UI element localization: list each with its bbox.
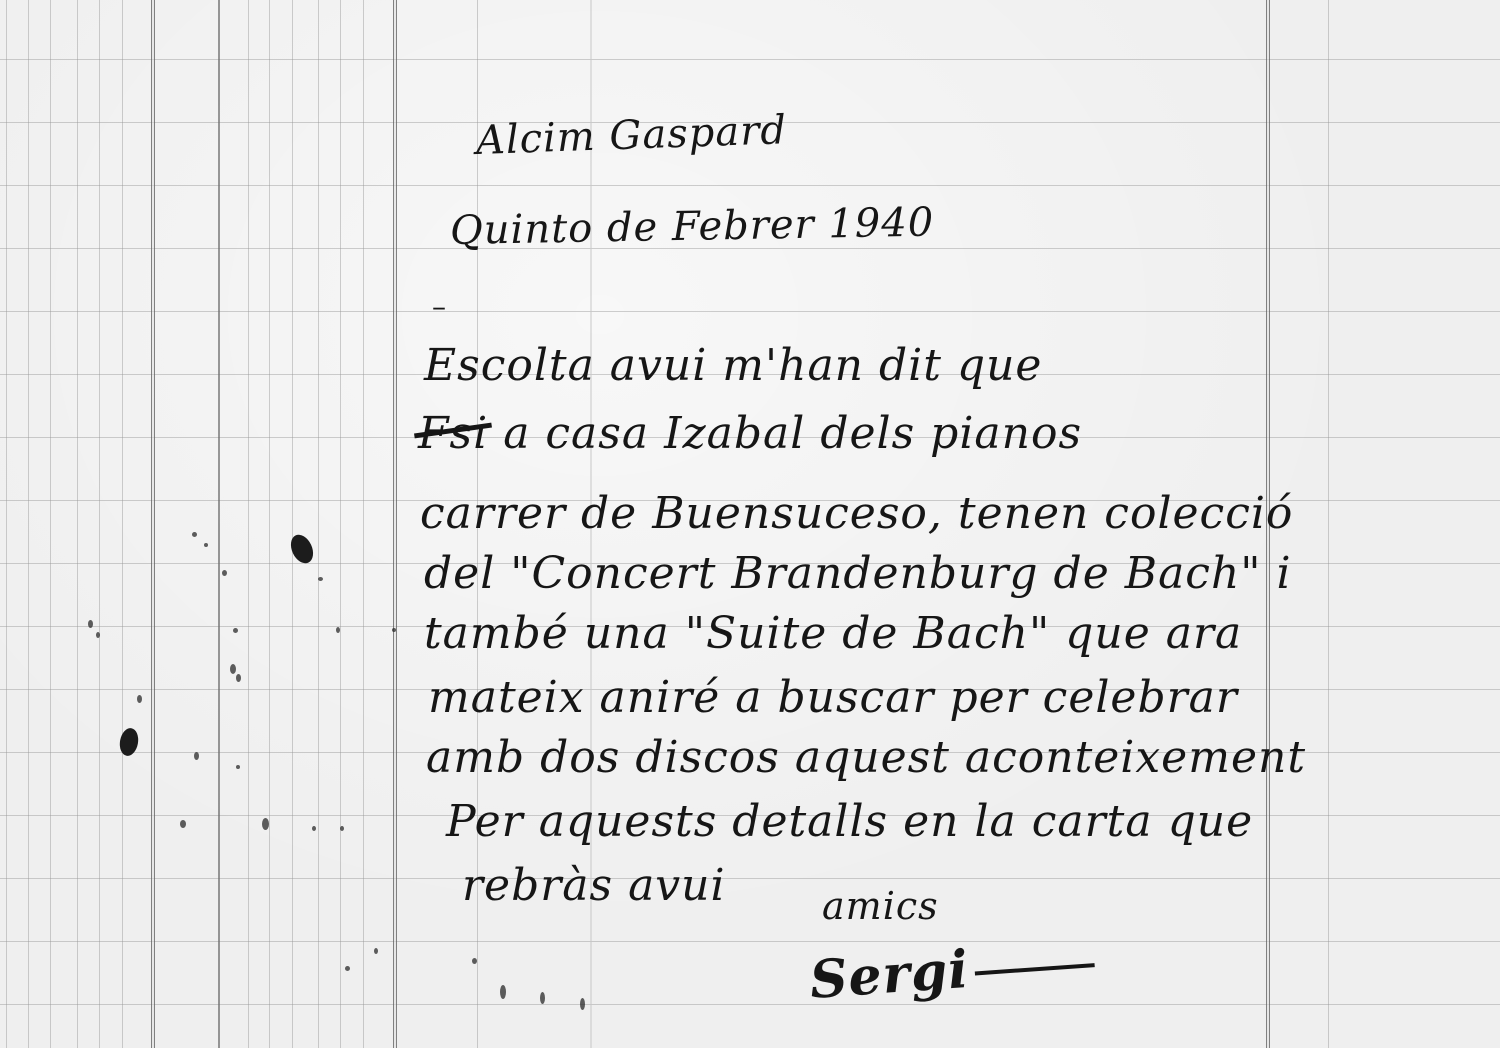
body-line-8: Per aquests detalls en la carta que (446, 796, 1253, 847)
ink-speck (192, 532, 197, 537)
body-line-2: Fsi a casa Izabal dels pianos (418, 408, 1082, 459)
ink-speck (472, 958, 477, 964)
ink-speck (374, 948, 378, 954)
ink-speck (580, 998, 585, 1010)
grid-vertical-line (363, 0, 364, 1048)
body-line-1: Escolta avui m'han dit que (424, 340, 1042, 391)
letter-salutation: Alcim Gaspard (475, 107, 787, 164)
grid-vertical-line (318, 0, 319, 1048)
grid-vertical-line (269, 0, 270, 1048)
ink-speck (345, 966, 350, 971)
letter-closing: amics (822, 884, 939, 928)
ink-speck (194, 752, 199, 760)
grid-vertical-line (340, 0, 341, 1048)
ink-speck (500, 985, 506, 999)
grid-vertical-line (6, 0, 7, 1048)
ink-speck (88, 620, 93, 628)
grid-vertical-line (393, 0, 397, 1048)
ink-speck (236, 674, 241, 682)
grid-vertical-line (218, 0, 220, 1048)
grid-horizontal-line (0, 311, 1500, 312)
ink-speck (262, 818, 269, 830)
ink-speck (96, 632, 100, 638)
grid-horizontal-line (0, 1004, 1500, 1005)
grid-vertical-line (248, 0, 249, 1048)
body-line-7: amb dos discos aquest aconteixement (426, 732, 1306, 783)
grid-vertical-line (292, 0, 293, 1048)
grid-horizontal-line (0, 878, 1500, 879)
ink-speck (312, 826, 316, 831)
ink-speck (392, 628, 396, 632)
struck-word: Fsi (418, 408, 488, 459)
grid-vertical-line (1328, 0, 1329, 1048)
body-line-4: del "Concert Brandenburg de Bach" i (424, 548, 1292, 599)
ink-speck (236, 765, 240, 769)
letter-paper: Alcim Gaspard Quinto de Febrer 1940 – Es… (0, 0, 1500, 1048)
ink-speck (233, 628, 238, 633)
ink-speck (204, 543, 208, 547)
grid-vertical-line (50, 0, 51, 1048)
grid-horizontal-line (0, 941, 1500, 942)
ink-speck (318, 577, 323, 581)
ink-speck (540, 992, 545, 1004)
body-line-6: mateix aniré a buscar per celebrar (428, 672, 1238, 723)
grid-vertical-line (77, 0, 78, 1048)
ink-speck (230, 664, 236, 674)
ink-speck (340, 826, 344, 831)
ink-speck (336, 627, 340, 633)
grid-horizontal-line (0, 185, 1500, 186)
grid-horizontal-line (0, 59, 1500, 60)
body-line-5: també una "Suite de Bach" que ara (424, 608, 1242, 659)
dash-mark: – (432, 290, 447, 323)
grid-vertical-line (151, 0, 155, 1048)
ink-speck (222, 570, 227, 576)
letter-date: Quinto de Febrer 1940 (450, 200, 935, 254)
grid-vertical-line (99, 0, 100, 1048)
signature-flourish (975, 963, 1095, 975)
grid-vertical-line (122, 0, 123, 1048)
ink-speck (180, 820, 186, 828)
grid-vertical-line (28, 0, 29, 1048)
ink-speck (137, 695, 142, 703)
body-line-9: rebràs avui (462, 860, 726, 911)
signature: Sergi (808, 930, 1097, 1011)
body-line-3: carrer de Buensuceso, tenen colecció (420, 488, 1293, 539)
